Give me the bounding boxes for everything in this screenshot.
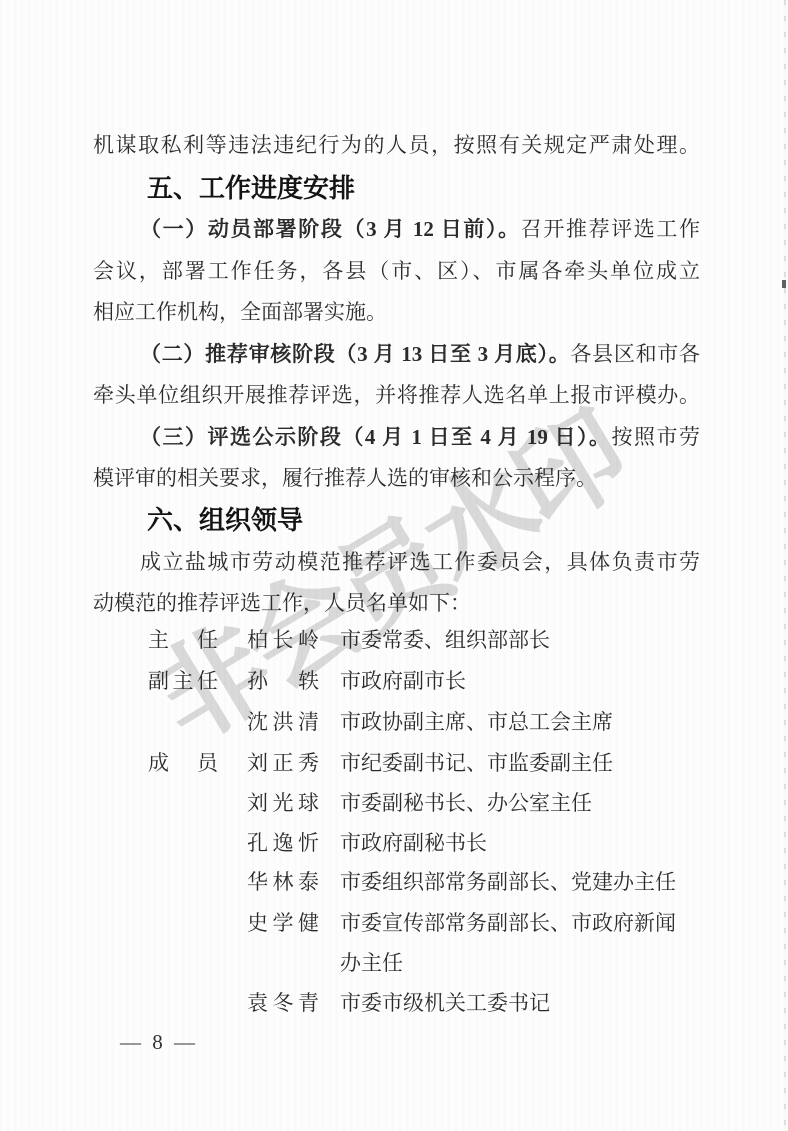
person-name: 刘正秀 <box>247 748 319 778</box>
body-line-text: 召开推荐评选工作 <box>521 217 700 241</box>
person-title: 市纪委副书记、市监委副主任 <box>340 748 613 778</box>
role-label: 副主任 <box>148 666 218 696</box>
roster-row: 史学健 市委宣传部常务副部长、市政府新闻 <box>93 908 700 938</box>
person-name: 史学健 <box>247 908 319 938</box>
person-title: 市政府副秘书长 <box>340 828 487 858</box>
person-title: 市委常委、组织部部长 <box>340 625 550 655</box>
person-name: 袁冬青 <box>247 988 319 1018</box>
body-line: 牵头单位组织开展推荐评选，并将推荐人选名单上报市评模办。 <box>93 380 700 410</box>
stage-label: （二）推荐审核阶段（3 月 13 日至 3 月底）。 <box>140 342 570 366</box>
body-line-text: 机谋取私利等违法违纪行为的人员，按照有关规定严肃处理。 <box>93 133 700 157</box>
person-title: 市委宣传部常务副部长、市政府新闻 <box>340 908 676 938</box>
person-name: 孔逸忻 <box>247 828 319 858</box>
body-line: 机谋取私利等违法违纪行为的人员，按照有关规定严肃处理。 <box>93 130 700 160</box>
roster-row: 副主任 孙 轶 市政府副市长 <box>93 666 700 696</box>
body-line: 成立盐城市劳动模范推荐评选工作委员会，具体负责市劳 <box>93 547 700 577</box>
stage-label: （三）评选公示阶段（4 月 1 日至 4 月 19 日）。 <box>140 425 612 449</box>
person-name: 沈洪清 <box>247 707 319 737</box>
scanner-artifact-tick <box>782 280 786 288</box>
person-name: 刘光球 <box>247 788 319 818</box>
person-title: 市委副秘书长、办公室主任 <box>340 788 592 818</box>
person-title: 市委组织部常务副部长、党建办主任 <box>340 867 676 897</box>
roster-row: 沈洪清 市政协副主席、市总工会主席 <box>93 707 700 737</box>
roster-row: 刘光球 市委副秘书长、办公室主任 <box>93 788 700 818</box>
roster-row: 华林泰 市委组织部常务副部长、党建办主任 <box>93 867 700 897</box>
body-line-text: 按照市劳 <box>612 425 700 449</box>
body-line-text: 相应工作机构，全面部署实施。 <box>93 300 387 324</box>
body-line: （一）动员部署阶段（3 月 12 日前）。召开推荐评选工作 <box>93 214 700 244</box>
roster-row: 成 员 刘正秀 市纪委副书记、市监委副主任 <box>93 748 700 778</box>
roster-row: 孔逸忻 市政府副秘书长 <box>93 828 700 858</box>
body-line: 模评审的相关要求，履行推荐人选的审核和公示程序。 <box>93 463 700 493</box>
person-title: 办主任 <box>340 948 403 978</box>
roster-row: 办主任 <box>93 948 700 978</box>
body-line-text: 模评审的相关要求，履行推荐人选的审核和公示程序。 <box>93 466 597 490</box>
body-line-text: 牵头单位组织开展推荐评选，并将推荐人选名单上报市评模办。 <box>93 383 700 407</box>
section-heading-5: 五、工作进度安排 <box>147 172 355 204</box>
person-name: 孙 轶 <box>247 666 319 696</box>
person-name: 华林泰 <box>247 867 319 897</box>
person-title: 市政府副市长 <box>340 666 466 696</box>
roster-row: 主 任 柏长岭 市委常委、组织部部长 <box>93 625 700 655</box>
body-line: 动模范的推荐评选工作，人员名单如下： <box>93 588 700 618</box>
person-name: 柏长岭 <box>247 625 319 655</box>
stage-label: （一）动员部署阶段（3 月 12 日前）。 <box>140 217 521 241</box>
body-line-text: 动模范的推荐评选工作，人员名单如下： <box>93 591 471 615</box>
role-label: 成 员 <box>148 748 218 778</box>
scanner-artifact-line <box>784 0 786 1131</box>
roster-row: 袁冬青 市委市级机关工委书记 <box>93 988 700 1018</box>
person-title: 市政协副主席、市总工会主席 <box>340 707 613 737</box>
body-line-text: 会议，部署工作任务，各县（市、区）、市属各牵头单位成立 <box>93 259 700 283</box>
person-title: 市委市级机关工委书记 <box>340 988 550 1018</box>
body-line: 相应工作机构，全面部署实施。 <box>93 297 700 327</box>
body-line: 会议，部署工作任务，各县（市、区）、市属各牵头单位成立 <box>93 256 700 286</box>
page-number: — 8 — <box>120 1028 198 1056</box>
scanned-document-page: 非会员水印 机谋取私利等违法违纪行为的人员，按照有关规定严肃处理。 五、工作进度… <box>0 0 788 1131</box>
body-line-text: 成立盐城市劳动模范推荐评选工作委员会，具体负责市劳 <box>140 550 700 574</box>
section-heading-6: 六、组织领导 <box>147 504 303 536</box>
role-label: 主 任 <box>148 625 218 655</box>
body-line: （三）评选公示阶段（4 月 1 日至 4 月 19 日）。按照市劳 <box>93 422 700 452</box>
body-line-text: 各县区和市各 <box>570 342 700 366</box>
body-line: （二）推荐审核阶段（3 月 13 日至 3 月底）。各县区和市各 <box>93 339 700 369</box>
